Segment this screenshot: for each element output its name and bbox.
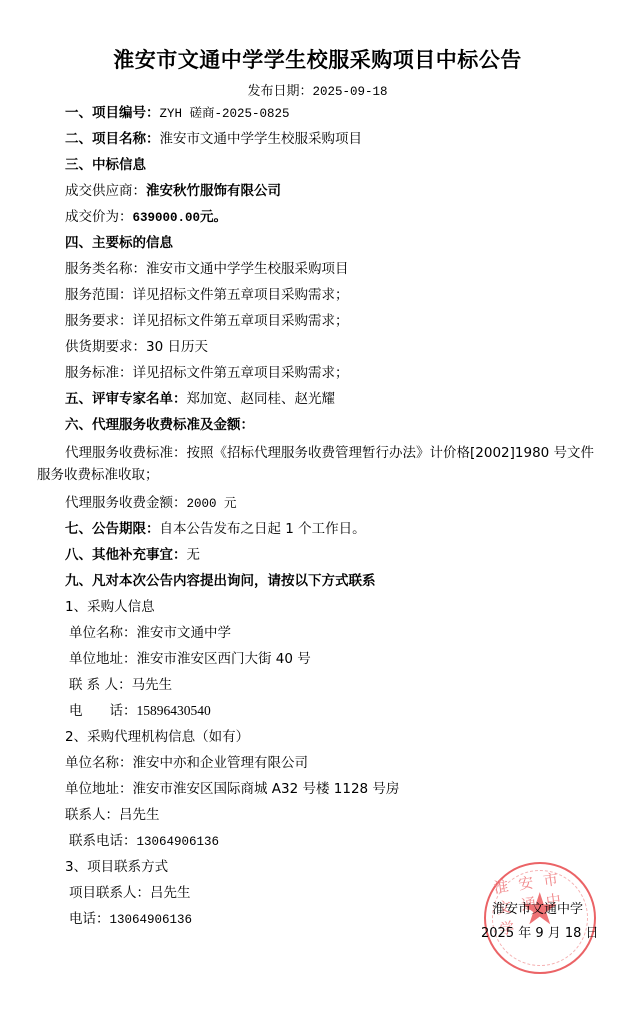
publish-date-label: 发布日期： <box>247 84 312 99</box>
field-value: 13064906136 <box>137 835 220 849</box>
price-row: 成交价为：639000.00元。 <box>37 204 597 230</box>
subject-item: 供货期要求：30 日历天 <box>37 334 597 360</box>
field-value: 吕先生 <box>119 807 160 823</box>
section-project-number: 一、项目编号：ZYH 磋商-2025-0825 <box>37 100 597 126</box>
supplier-row: 成交供应商：淮安秋竹服饰有限公司 <box>37 178 597 204</box>
purchaser-phone: 电 话：15896430540 <box>37 698 597 724</box>
official-seal: 淮安市文通中学 ★ <box>484 862 596 974</box>
notice-period: 自本公告发布之日起 1 个工作日。 <box>160 521 366 537</box>
subject-item: 服务要求：详见招标文件第五章项目采购需求； <box>37 308 597 334</box>
item-label: 服务要求： <box>65 313 133 329</box>
section-heading: 七、公告期限： <box>65 521 160 537</box>
publish-date: 发布日期：2025-09-18 <box>0 80 635 99</box>
price-value: 639000.00 <box>133 211 201 225</box>
signature-date: 2025 年 9 月 18 日 <box>481 922 599 941</box>
purchaser-address: 单位地址：淮安市淮安区西门大街 40 号 <box>37 646 597 672</box>
item-label: 服务类名称： <box>65 261 146 277</box>
field-label: 联 系 人： <box>69 677 132 693</box>
field-value: 淮安中亦和企业管理有限公司 <box>133 755 309 771</box>
item-value: 详见招标文件第五章项目采购需求； <box>133 365 349 381</box>
price-unit: 元。 <box>200 209 227 225</box>
item-value: 淮安市文通中学学生校服采购项目 <box>146 261 349 277</box>
expert-list: 郑加宽、赵同桂、赵光耀 <box>187 391 336 407</box>
field-label: 单位地址： <box>69 651 137 667</box>
publish-date-value: 2025-09-18 <box>313 85 388 99</box>
section-notice-period: 七、公告期限：自本公告发布之日起 1 个工作日。 <box>37 516 597 542</box>
field-label: 单位名称： <box>65 755 133 771</box>
purchaser-title: 1、采购人信息 <box>37 594 597 620</box>
item-label: 服务标准： <box>65 365 133 381</box>
other-matters: 无 <box>187 547 201 563</box>
agency-address: 单位地址：淮安市淮安区国际商城 A32 号楼 1128 号房 <box>37 776 597 802</box>
field-value: 马先生 <box>132 677 173 693</box>
section-heading: 一、项目编号： <box>65 105 160 121</box>
fee-value: 2000 元 <box>187 497 237 511</box>
agency-fee-amount: 代理服务收费金额：2000 元 <box>37 490 597 516</box>
section-heading: 五、评审专家名单： <box>65 391 187 407</box>
item-label: 服务范围： <box>65 287 133 303</box>
field-label: 联系人： <box>65 807 119 823</box>
item-value: 详见招标文件第五章项目采购需求； <box>133 313 349 329</box>
item-value: 30 日历天 <box>146 339 208 355</box>
section-other: 八、其他补充事宜：无 <box>37 542 597 568</box>
field-label: 电 话： <box>69 703 137 719</box>
field-value: 15896430540 <box>137 703 211 718</box>
field-value: 13064906136 <box>110 913 193 927</box>
subject-item: 服务标准：详见招标文件第五章项目采购需求； <box>37 360 597 386</box>
section-contact-heading: 九、凡对本次公告内容提出询问，请按以下方式联系 <box>37 568 597 594</box>
field-value: 淮安市文通中学 <box>137 625 232 641</box>
announcement-body: 一、项目编号：ZYH 磋商-2025-0825 二、项目名称：淮安市文通中学学生… <box>37 100 597 932</box>
subject-item: 服务范围：详见招标文件第五章项目采购需求； <box>37 282 597 308</box>
supplier-label: 成交供应商： <box>65 183 146 199</box>
agency-name: 单位名称：淮安中亦和企业管理有限公司 <box>37 750 597 776</box>
field-label: 单位地址： <box>65 781 133 797</box>
fee-label: 代理服务收费金额： <box>65 495 187 511</box>
field-label: 电话： <box>69 911 110 927</box>
field-label: 单位名称： <box>69 625 137 641</box>
item-label: 供货期要求： <box>65 339 146 355</box>
agency-fee-standard: 代理服务收费标准：按照《招标代理服务收费管理暂行办法》计价格[2002]1980… <box>37 438 597 486</box>
project-name: 淮安市文通中学学生校服采购项目 <box>160 131 363 147</box>
purchaser-name: 单位名称：淮安市文通中学 <box>37 620 597 646</box>
section-heading: 八、其他补充事宜： <box>65 547 187 563</box>
item-value: 详见招标文件第五章项目采购需求； <box>133 287 349 303</box>
field-label: 联系电话： <box>69 833 137 849</box>
section-project-name: 二、项目名称：淮安市文通中学学生校服采购项目 <box>37 126 597 152</box>
section-subject-heading: 四、主要标的信息 <box>37 230 597 256</box>
agency-title: 2、采购代理机构信息（如有） <box>37 724 597 750</box>
purchaser-contact: 联 系 人：马先生 <box>37 672 597 698</box>
field-value: 淮安市淮安区西门大街 40 号 <box>137 651 311 667</box>
price-label: 成交价为： <box>65 209 133 225</box>
field-label: 项目联系人： <box>69 885 150 901</box>
section-agency-fee-heading: 六、代理服务收费标准及金额： <box>37 412 597 438</box>
section-experts: 五、评审专家名单：郑加宽、赵同桂、赵光耀 <box>37 386 597 412</box>
supplier-name: 淮安秋竹服饰有限公司 <box>146 183 281 199</box>
section-heading: 二、项目名称： <box>65 131 160 147</box>
section-award-info-heading: 三、中标信息 <box>37 152 597 178</box>
agency-phone: 联系电话：13064906136 <box>37 828 597 854</box>
project-number: ZYH 磋商-2025-0825 <box>160 107 290 121</box>
subject-item: 服务类名称：淮安市文通中学学生校服采购项目 <box>37 256 597 282</box>
page-title: 淮安市文通中学学生校服采购项目中标公告 <box>0 44 635 74</box>
agency-contact: 联系人：吕先生 <box>37 802 597 828</box>
field-value: 吕先生 <box>150 885 191 901</box>
field-value: 淮安市淮安区国际商城 A32 号楼 1128 号房 <box>133 781 400 797</box>
signature-org: 淮安市文通中学 <box>492 898 583 917</box>
